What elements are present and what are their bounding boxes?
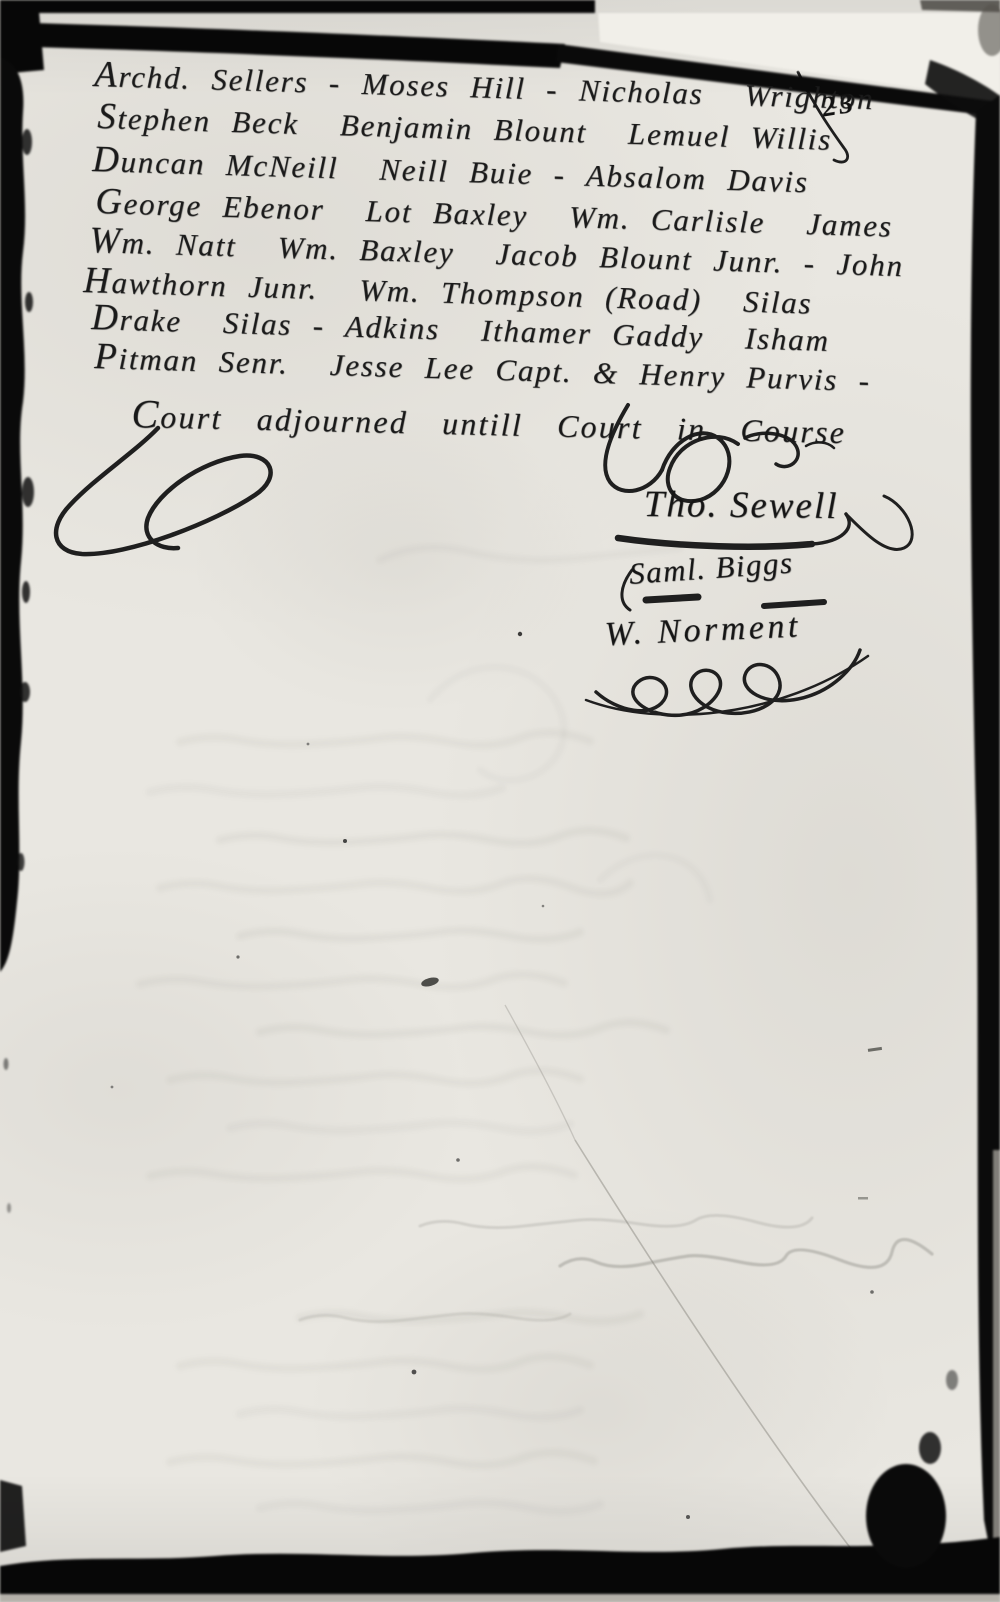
- page-number: 23: [820, 88, 859, 125]
- scanned-document-page: Archd. Sellers - Moses Hill - Nicholas W…: [0, 0, 1000, 1602]
- signature-w-norment: W. Norment: [604, 609, 801, 652]
- signature-tho-sewell: Tho. Sewell: [644, 486, 839, 525]
